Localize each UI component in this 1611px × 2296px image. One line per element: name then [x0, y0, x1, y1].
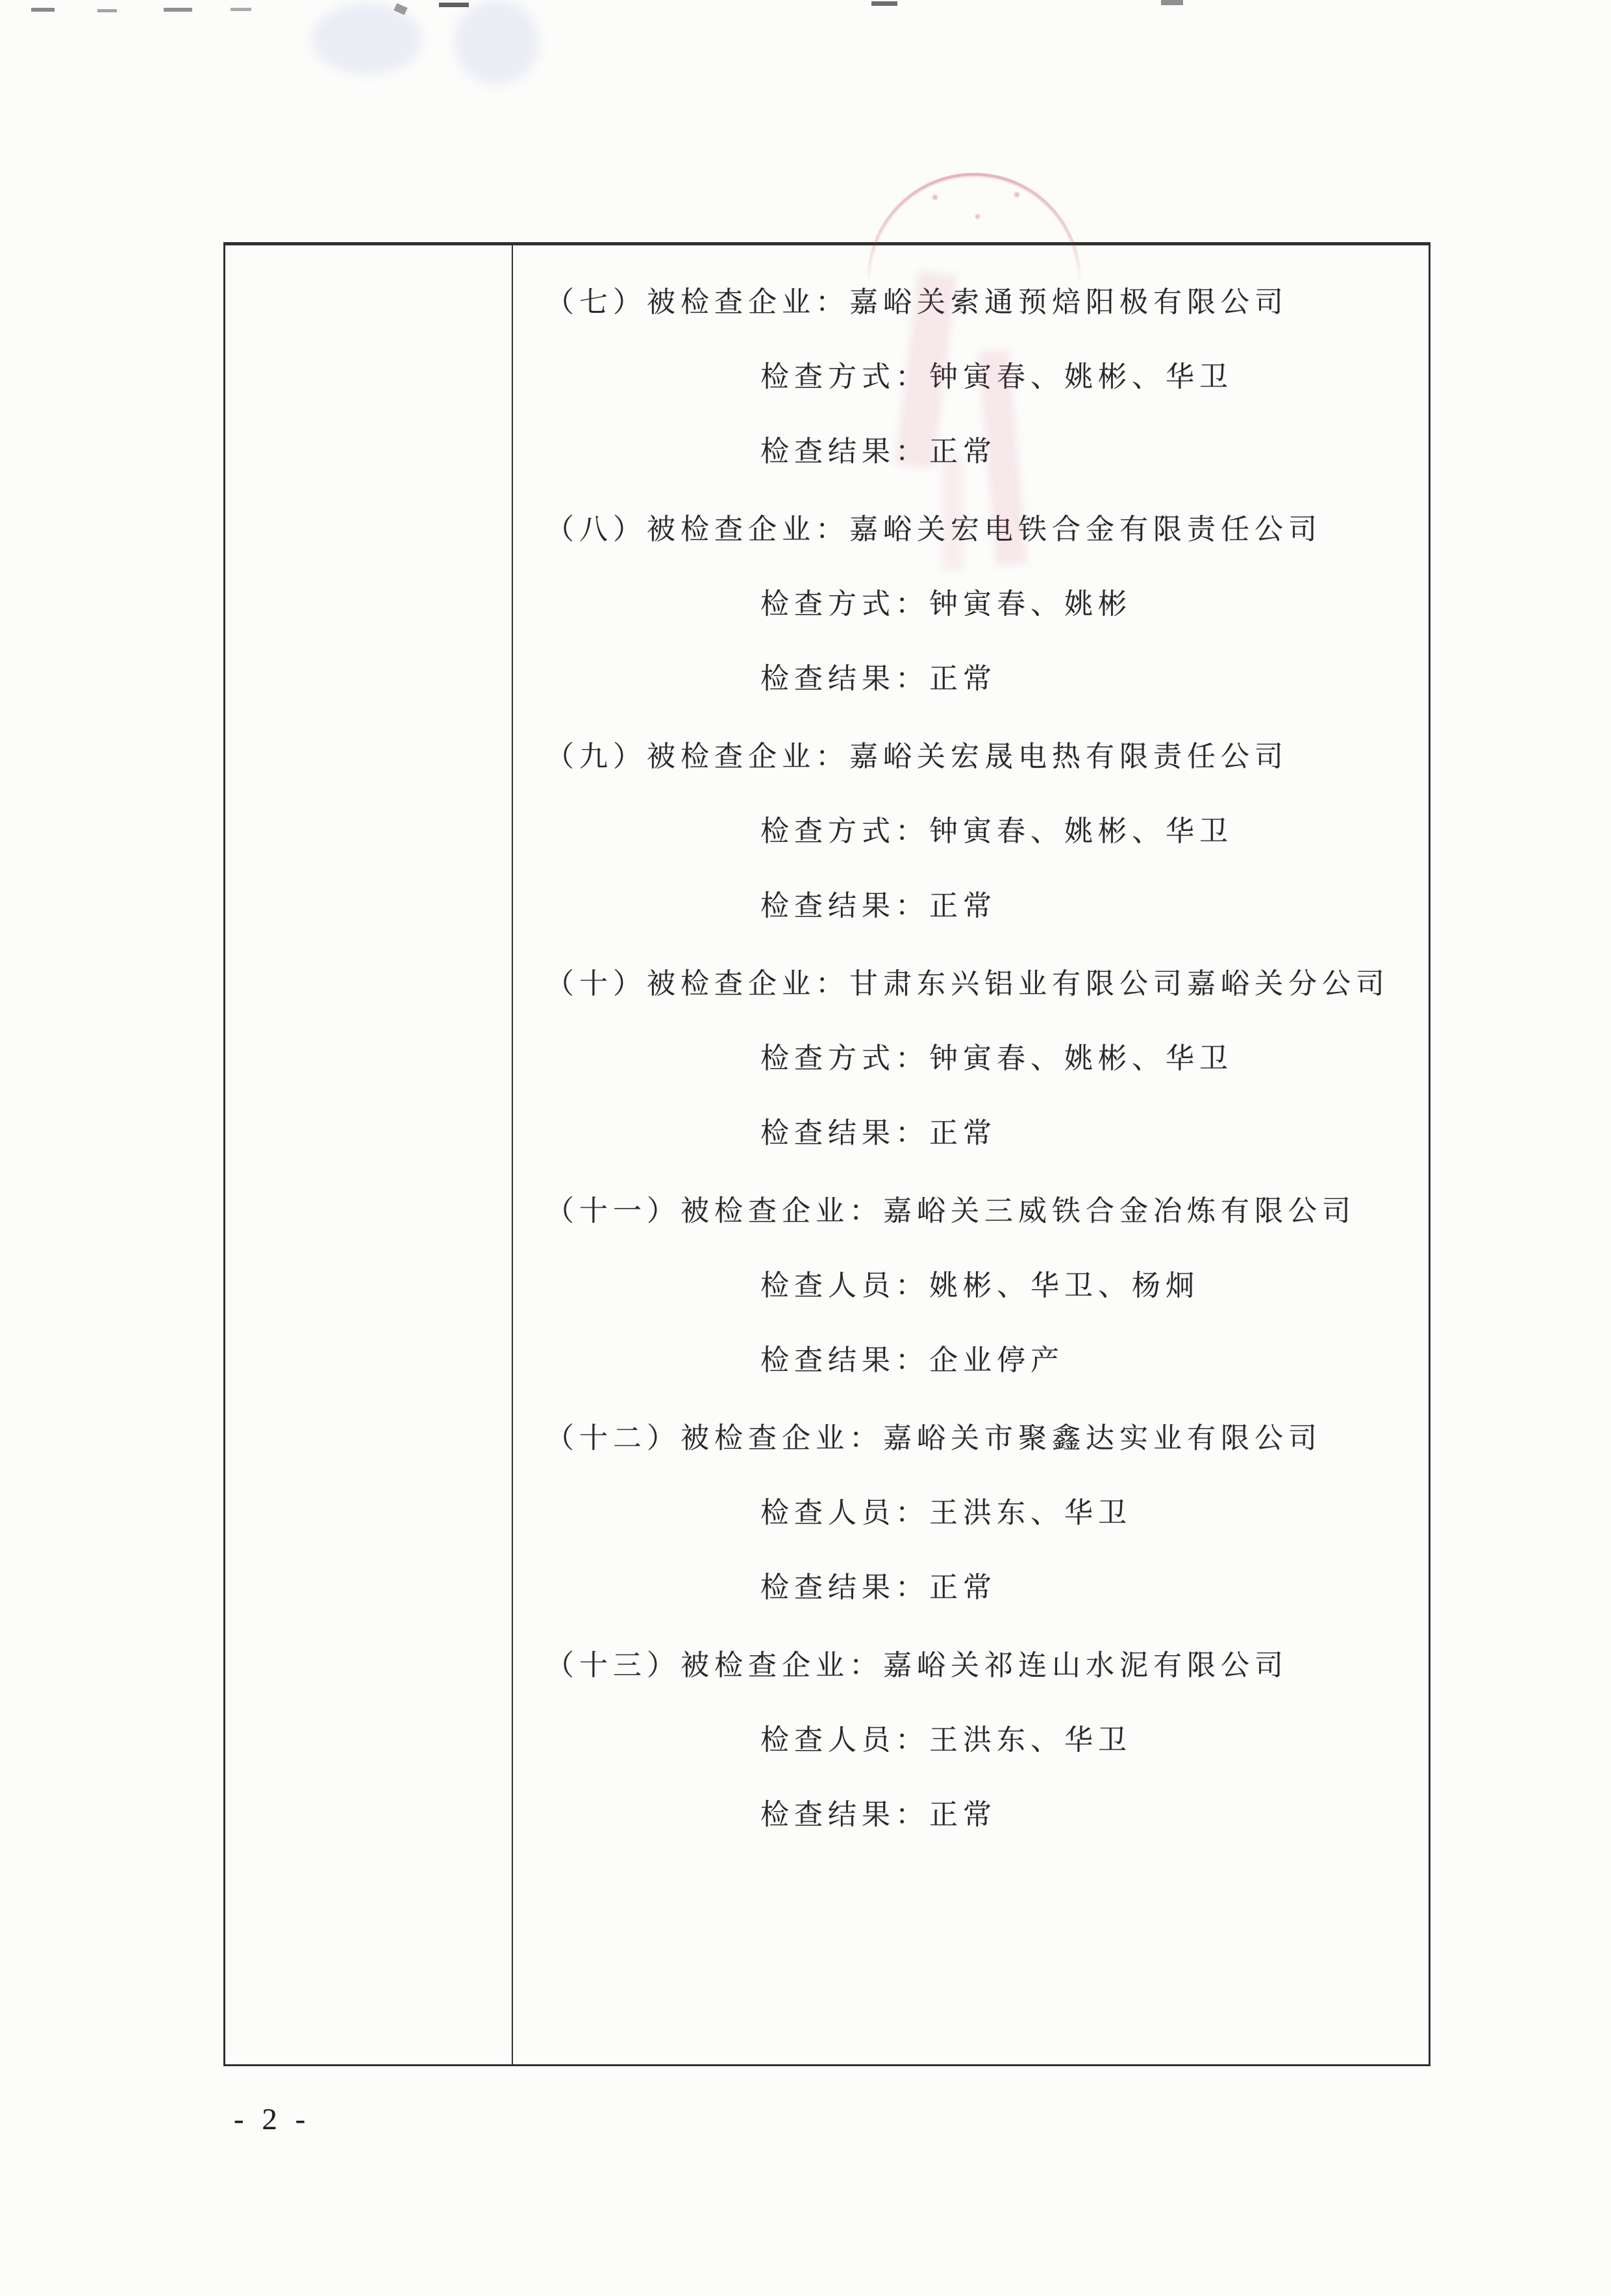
entry-prefix: （十二）被检查企业： [545, 1422, 883, 1454]
red-stamp-arc [867, 173, 1081, 387]
result-line: 检查结果：正常 [545, 641, 1429, 716]
result-label: 检查结果： [760, 890, 929, 922]
company-line: （十）被检查企业：甘肃东兴铝业有限公司嘉峪关分公司 [545, 946, 1429, 1021]
entry-prefix: （七）被检查企业： [545, 286, 849, 318]
scan-artifact [871, 1, 897, 6]
inspectors-label: 检查方式： [760, 1043, 929, 1074]
company-name: 嘉峪关宏电铁合金有限责任公司 [849, 513, 1322, 545]
company-name: 嘉峪关宏晟电热有限责任公司 [849, 741, 1288, 772]
inspectors-line: 检查人员：姚彬、华卫、杨炯 [545, 1248, 1429, 1323]
inspectors-label: 检查人员： [760, 1724, 929, 1756]
scan-smudge [312, 3, 422, 75]
result-value: 正常 [929, 1117, 997, 1149]
inspection-table: （七）被检查企业：嘉峪关索通预焙阳极有限公司 检查方式：钟寅春、姚彬、华卫 检查… [223, 242, 1430, 2066]
table-left-cell [225, 245, 512, 2064]
inspectors-names: 王洪东、华卫 [929, 1724, 1132, 1756]
result-value: 正常 [929, 890, 997, 922]
result-value: 正常 [929, 1572, 997, 1603]
scan-artifact [164, 8, 192, 12]
company-name: 嘉峪关祁连山水泥有限公司 [883, 1649, 1288, 1681]
result-label: 检查结果： [760, 1799, 929, 1831]
company-name: 嘉峪关市聚鑫达实业有限公司 [883, 1422, 1322, 1454]
inspectors-label: 检查方式： [760, 588, 929, 620]
inspectors-names: 姚彬、华卫、杨炯 [929, 1270, 1199, 1302]
result-label: 检查结果： [760, 1344, 929, 1376]
scan-artifact [439, 3, 469, 7]
result-line: 检查结果：正常 [545, 869, 1429, 943]
result-value: 正常 [929, 663, 997, 695]
scan-artifact [231, 8, 251, 11]
red-stamp-speck [1014, 192, 1019, 197]
result-value: 正常 [929, 1799, 997, 1831]
result-label: 检查结果： [760, 1572, 929, 1603]
inspectors-label: 检查人员： [760, 1497, 929, 1529]
result-line: 检查结果：正常 [545, 1096, 1429, 1170]
inspection-entry-8: （八）被检查企业：嘉峪关宏电铁合金有限责任公司 检查方式：钟寅春、姚彬 检查结果… [545, 492, 1429, 716]
inspection-entry-13: （十三）被检查企业：嘉峪关祁连山水泥有限公司 检查人员：王洪东、华卫 检查结果：… [545, 1628, 1429, 1852]
inspectors-names: 王洪东、华卫 [929, 1497, 1132, 1529]
inspectors-line: 检查方式：钟寅春、姚彬 [545, 567, 1429, 641]
result-label: 检查结果： [760, 663, 929, 695]
red-stamp-streak [942, 454, 964, 571]
red-stamp-speck [932, 195, 938, 200]
entry-prefix: （十三）被检查企业： [545, 1649, 883, 1681]
red-stamp-speck [975, 214, 980, 219]
table-right-cell: （七）被检查企业：嘉峪关索通预焙阳极有限公司 检查方式：钟寅春、姚彬、华卫 检查… [513, 245, 1429, 2064]
company-name: 甘肃东兴铝业有限公司嘉峪关分公司 [849, 968, 1390, 1000]
inspectors-line: 检查人员：王洪东、华卫 [545, 1475, 1429, 1550]
inspectors-names: 钟寅春、姚彬、华卫 [929, 1043, 1233, 1074]
entry-prefix: （九）被检查企业： [545, 741, 849, 772]
page-number: - 2 - [234, 2102, 310, 2137]
entry-prefix: （十一）被检查企业： [545, 1195, 883, 1227]
inspection-entry-10: （十）被检查企业：甘肃东兴铝业有限公司嘉峪关分公司 检查方式：钟寅春、姚彬、华卫… [545, 946, 1429, 1170]
company-line: （八）被检查企业：嘉峪关宏电铁合金有限责任公司 [545, 492, 1429, 567]
company-line: （十二）被检查企业：嘉峪关市聚鑫达实业有限公司 [545, 1401, 1429, 1475]
inspection-entry-9: （九）被检查企业：嘉峪关宏晟电热有限责任公司 检查方式：钟寅春、姚彬、华卫 检查… [545, 719, 1429, 943]
document-page: （七）被检查企业：嘉峪关索通预焙阳极有限公司 检查方式：钟寅春、姚彬、华卫 检查… [0, 0, 1611, 2296]
inspectors-line: 检查方式：钟寅春、姚彬、华卫 [545, 1021, 1429, 1096]
inspectors-label: 检查方式： [760, 815, 929, 847]
company-name: 嘉峪关三威铁合金冶炼有限公司 [883, 1195, 1356, 1227]
entry-prefix: （八）被检查企业： [545, 513, 849, 545]
result-value: 企业停产 [929, 1344, 1064, 1376]
entry-prefix: （十）被检查企业： [545, 968, 849, 1000]
inspectors-line: 检查人员：王洪东、华卫 [545, 1703, 1429, 1777]
company-line: （十一）被检查企业：嘉峪关三威铁合金冶炼有限公司 [545, 1174, 1429, 1248]
inspectors-label: 检查人员： [760, 1270, 929, 1302]
scan-artifact [1161, 0, 1183, 5]
scan-smudge [455, 0, 539, 84]
inspectors-names: 钟寅春、姚彬 [929, 588, 1132, 620]
result-label: 检查结果： [760, 1117, 929, 1149]
company-line: （九）被检查企业：嘉峪关宏晟电热有限责任公司 [545, 719, 1429, 794]
inspection-entry-11: （十一）被检查企业：嘉峪关三威铁合金冶炼有限公司 检查人员：姚彬、华卫、杨炯 检… [545, 1174, 1429, 1398]
inspectors-line: 检查方式：钟寅春、姚彬、华卫 [545, 794, 1429, 869]
company-line: （十三）被检查企业：嘉峪关祁连山水泥有限公司 [545, 1628, 1429, 1703]
result-line: 检查结果：企业停产 [545, 1323, 1429, 1398]
inspection-entry-12: （十二）被检查企业：嘉峪关市聚鑫达实业有限公司 检查人员：王洪东、华卫 检查结果… [545, 1401, 1429, 1625]
result-line: 检查结果：正常 [545, 1777, 1429, 1852]
inspectors-names: 钟寅春、姚彬、华卫 [929, 815, 1233, 847]
result-line: 检查结果：正常 [545, 1550, 1429, 1625]
scan-artifact [97, 9, 117, 12]
scan-artifact [31, 8, 55, 12]
